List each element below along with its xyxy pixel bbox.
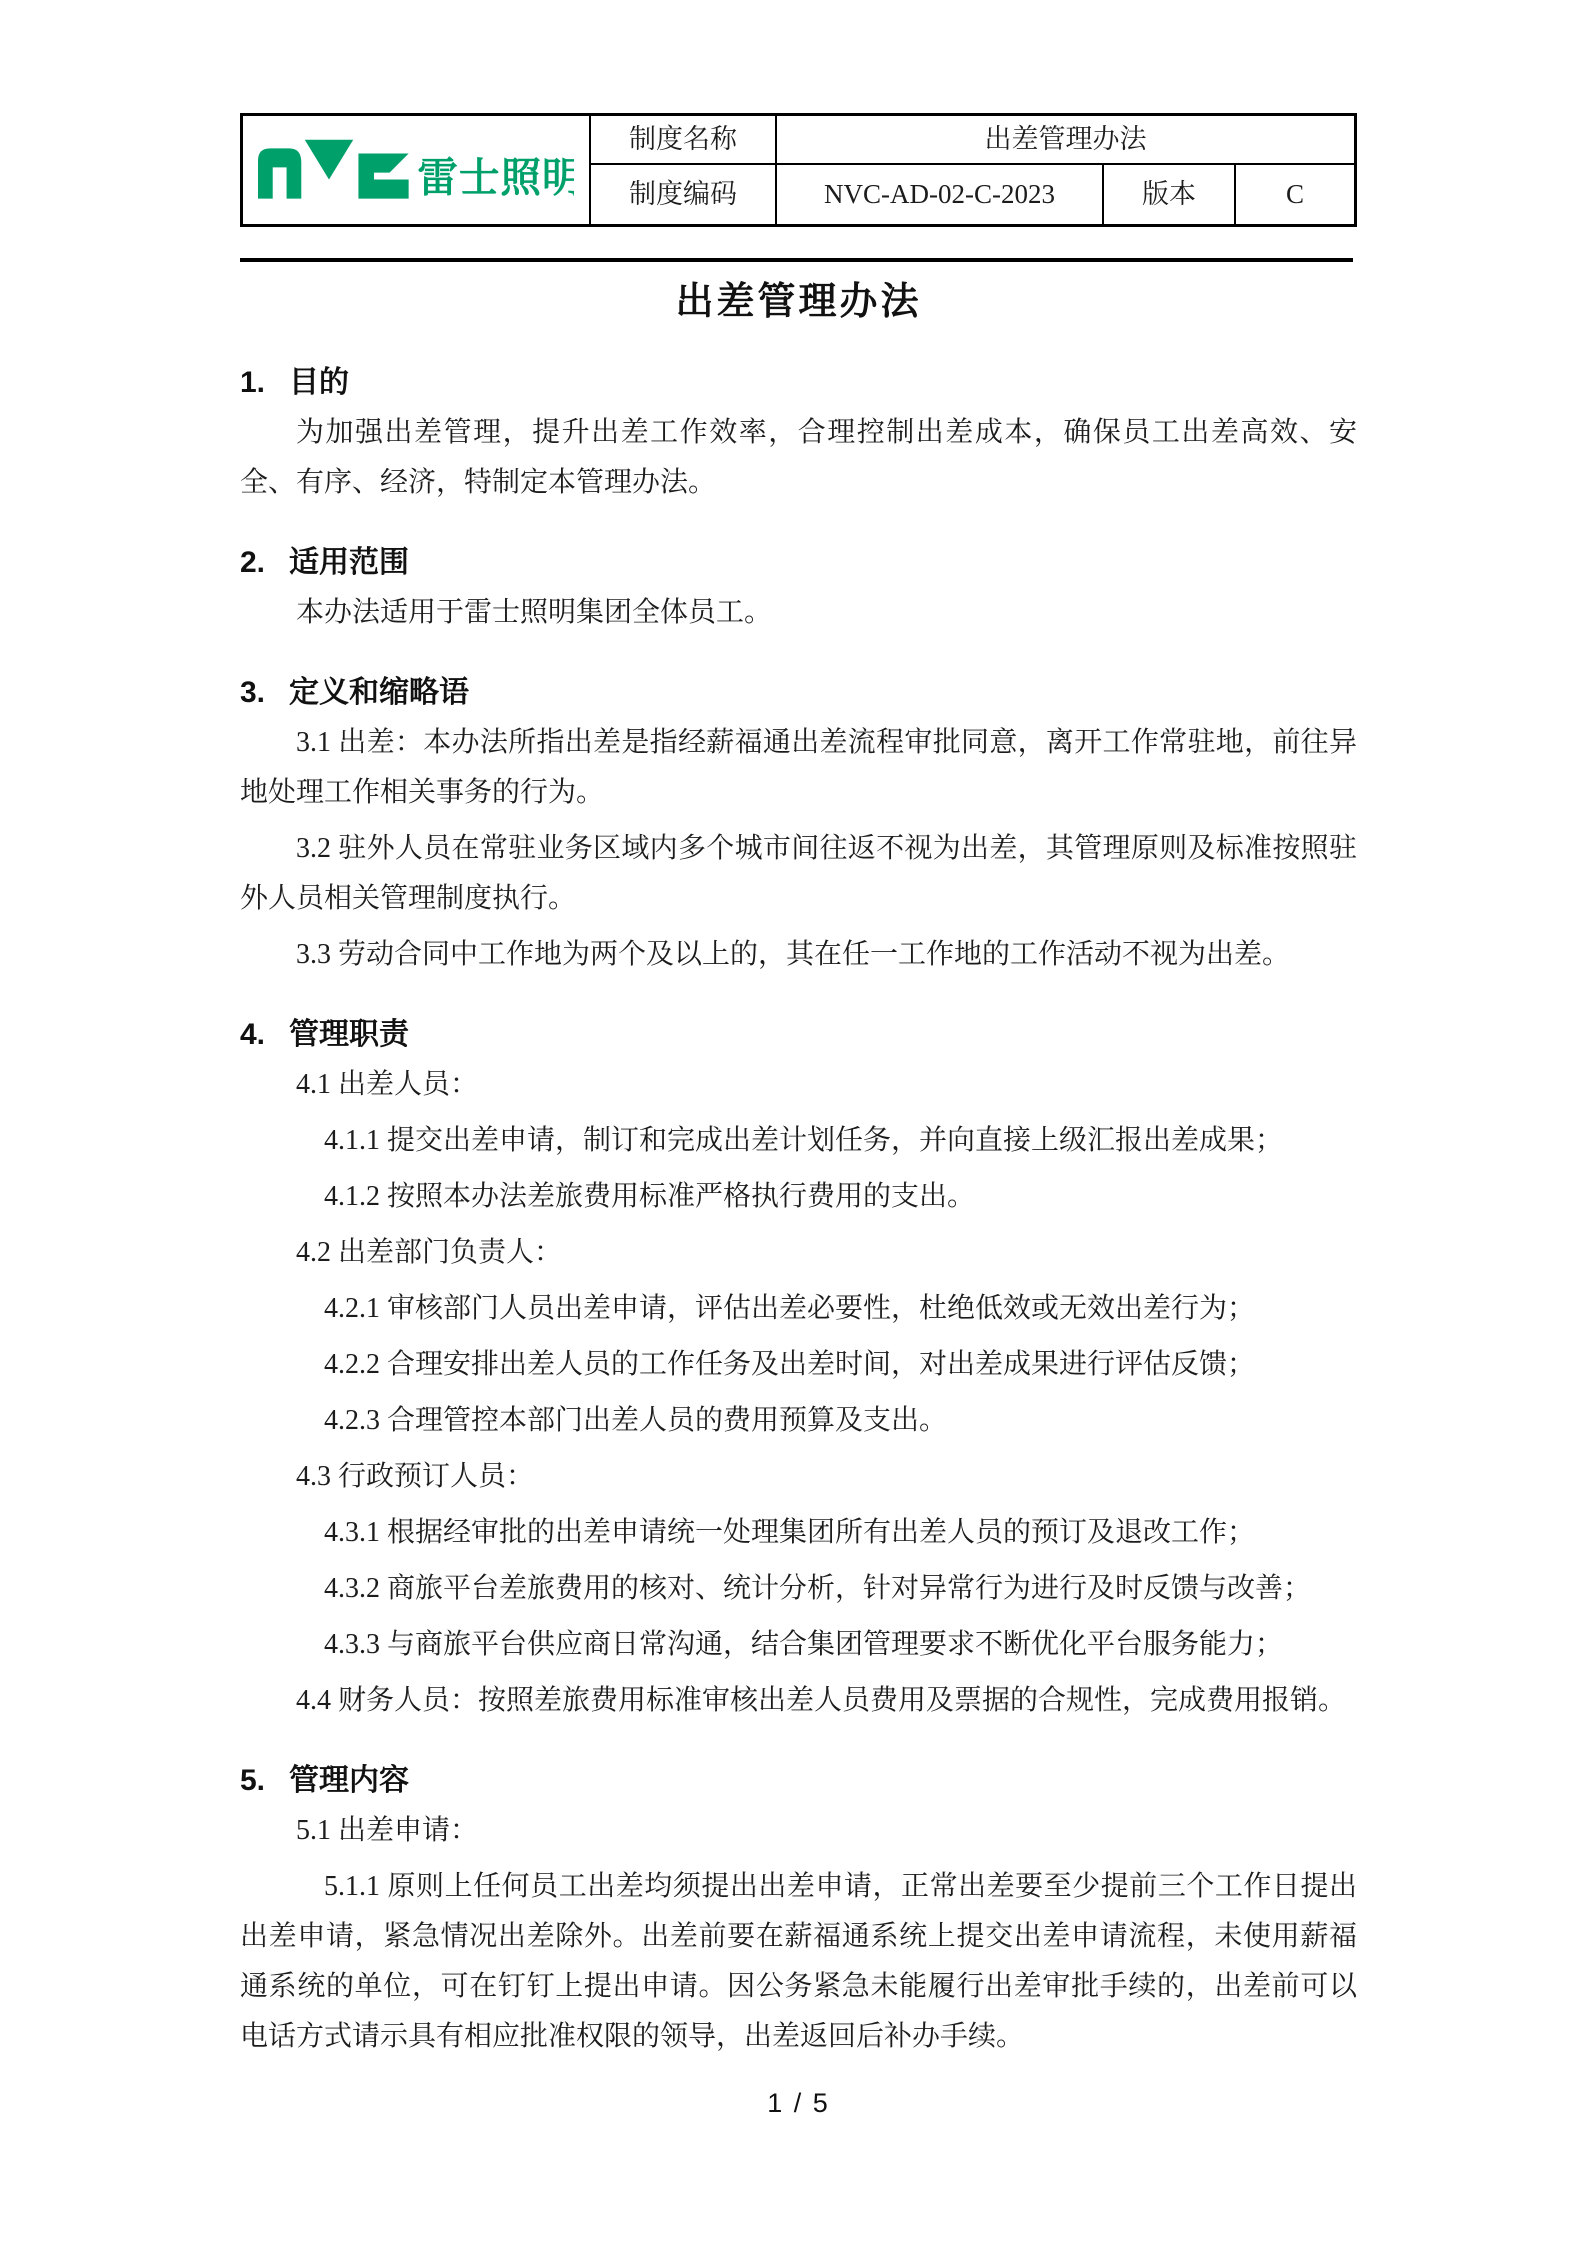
document-body: 出差管理办法 1.目的为加强出差管理，提升出差工作效率，合理控制出差成本，确保员… xyxy=(240,262,1357,2068)
section-title: 定义和缩略语 xyxy=(289,676,469,709)
section-heading: 3.定义和缩略语 xyxy=(240,668,1357,718)
document-page: 雷士照明 制度名称 出差管理办法 制度编码 NVC-AD-02-C-2023 版… xyxy=(0,0,1588,2245)
paragraph: 为加强出差管理，提升出差工作效率，合理控制出差成本，确保员工出差高效、安全、有序… xyxy=(240,408,1357,508)
nvc-logo-icon: 雷士照明 xyxy=(258,136,574,204)
version-value: C xyxy=(1236,165,1354,224)
paragraph: 3.1 出差：本办法所指出差是指经薪福通出差流程审批同意，离开工作常驻地，前往异… xyxy=(240,718,1357,818)
paragraph: 4.1.2 按照本办法差旅费用标准严格执行费用的支出。 xyxy=(240,1172,1357,1222)
paragraph: 4.3 行政预订人员： xyxy=(240,1452,1357,1502)
paragraph: 4.4 财务人员：按照差旅费用标准审核出差人员费用及票据的合规性，完成费用报销。 xyxy=(240,1676,1357,1726)
company-logo: 雷士照明 xyxy=(243,116,591,224)
document-title: 出差管理办法 xyxy=(240,276,1357,328)
paragraph: 5.1 出差申请： xyxy=(240,1806,1357,1856)
nvc-mark-shapes: 雷士照明 xyxy=(258,140,574,201)
paragraph: 4.3.1 根据经审批的出差申请统一处理集团所有出差人员的预订及退改工作； xyxy=(240,1508,1357,1558)
section-number: 1. xyxy=(240,358,289,408)
section-number: 3. xyxy=(240,668,289,718)
paragraph: 4.2.1 审核部门人员出差申请，评估出差必要性，杜绝低效或无效出差行为； xyxy=(240,1284,1357,1334)
section-heading: 4.管理职责 xyxy=(240,1010,1357,1060)
paragraph: 4.1 出差人员： xyxy=(240,1060,1357,1110)
policy-code-value: NVC-AD-02-C-2023 xyxy=(777,165,1104,224)
paragraph: 4.3.3 与商旅平台供应商日常沟通，结合集团管理要求不断优化平台服务能力； xyxy=(240,1620,1357,1670)
header-table: 雷士照明 制度名称 出差管理办法 制度编码 NVC-AD-02-C-2023 版… xyxy=(240,113,1357,227)
page-number: 1 / 5 xyxy=(240,2088,1357,2119)
section-title: 目的 xyxy=(289,366,349,399)
section-title: 管理内容 xyxy=(289,1764,409,1797)
paragraph: 4.1.1 提交出差申请，制订和完成出差计划任务，并向直接上级汇报出差成果； xyxy=(240,1116,1357,1166)
section-heading: 5.管理内容 xyxy=(240,1756,1357,1806)
policy-name-value: 出差管理办法 xyxy=(777,116,1354,165)
section-number: 5. xyxy=(240,1756,289,1806)
section-title: 管理职责 xyxy=(289,1018,409,1051)
paragraph: 5.1.1 原则上任何员工出差均须提出出差申请，正常出差要至少提前三个工作日提出… xyxy=(240,1862,1357,2062)
paragraph: 本办法适用于雷士照明集团全体员工。 xyxy=(240,588,1357,638)
section-title: 适用范围 xyxy=(289,546,409,579)
paragraph: 4.3.2 商旅平台差旅费用的核对、统计分析，针对异常行为进行及时反馈与改善； xyxy=(240,1564,1357,1614)
paragraph: 4.2 出差部门负责人： xyxy=(240,1228,1357,1278)
section-number: 2. xyxy=(240,538,289,588)
sections-container: 1.目的为加强出差管理，提升出差工作效率，合理控制出差成本，确保员工出差高效、安… xyxy=(240,358,1357,2062)
section-heading: 1.目的 xyxy=(240,358,1357,408)
section-heading: 2.适用范围 xyxy=(240,538,1357,588)
policy-name-label: 制度名称 xyxy=(591,116,777,165)
section-number: 4. xyxy=(240,1010,289,1060)
paragraph: 4.2.2 合理安排出差人员的工作任务及出差时间，对出差成果进行评估反馈； xyxy=(240,1340,1357,1390)
logo-company-name: 雷士照明 xyxy=(417,155,574,201)
paragraph: 3.3 劳动合同中工作地为两个及以上的，其在任一工作地的工作活动不视为出差。 xyxy=(240,930,1357,980)
paragraph: 3.2 驻外人员在常驻业务区域内多个城市间往返不视为出差，其管理原则及标准按照驻… xyxy=(240,824,1357,924)
policy-code-label: 制度编码 xyxy=(591,165,777,224)
paragraph: 4.2.3 合理管控本部门出差人员的费用预算及支出。 xyxy=(240,1396,1357,1446)
version-label: 版本 xyxy=(1104,165,1236,224)
